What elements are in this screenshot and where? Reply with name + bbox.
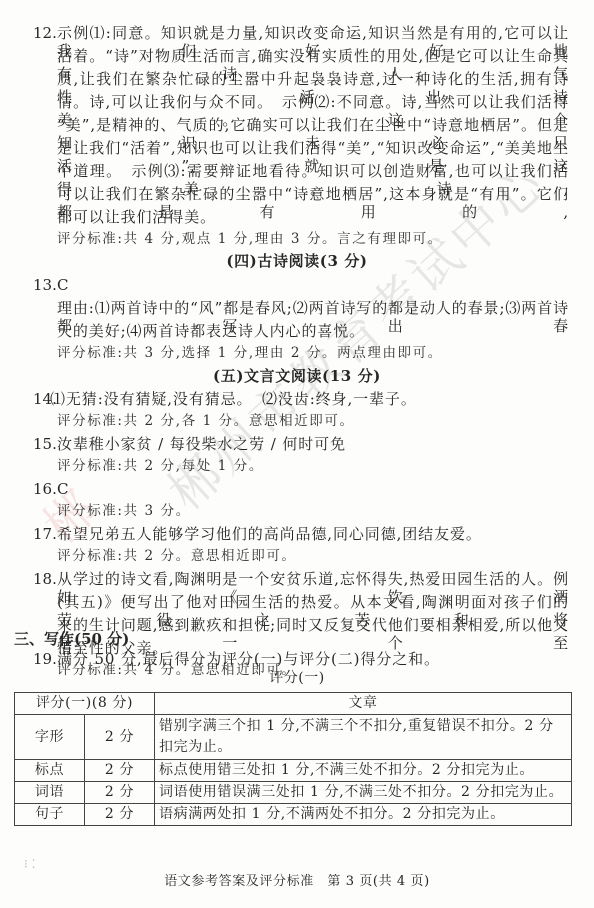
question-number-19: 19. xyxy=(33,650,57,668)
scan-smudge-mark: ⁝ ⁚ xyxy=(24,857,35,871)
table-cell-item: 字形 xyxy=(15,715,85,760)
q14-part1: ⑴无猜:没有猜疑,没有猜忌。 xyxy=(50,390,252,408)
table-header-right: 文章 xyxy=(155,693,572,715)
table-cell-rule: 语病满两处扣 1 分,不满两处不扣分。2 分扣完为止。 xyxy=(155,804,572,826)
question-number-15: 15. xyxy=(33,435,57,453)
q19-text: 满分 50 分,最后得分为评分(一)与评分(二)得分之和。 xyxy=(57,650,569,668)
document-page: 郴 郴州市教育考试中心 12. 示例⑴:同意。知识就是力量,知识改变命运,知识当… xyxy=(0,0,594,908)
table-cell-score: 2 分 xyxy=(85,804,155,826)
part-heading-writing: 三、写作(50 分) xyxy=(14,630,129,648)
table-header-left: 评分(一)(8 分) xyxy=(15,693,155,715)
q12-line: 都可以让我们活得美。 xyxy=(57,208,569,226)
q13-criteria: 评分标准:共 3 分,选择 1 分,理由 2 分。两点理由即可。 xyxy=(57,344,569,362)
table-row: 标点 2 分 标点使用错三处扣 1 分,不满三处不扣分。2 分扣完为止。 xyxy=(15,760,572,782)
table-cell-rule: 词语使用错误满三处扣 1 分,不满三处不扣分。2 分扣完为止。 xyxy=(155,782,572,804)
table-row: 句子 2 分 语病满两处扣 1 分,不满两处不扣分。2 分扣完为止。 xyxy=(15,804,572,826)
table-row: 字形 2 分 错别字满三个扣 1 分,不满三个不扣分,重复错误不扣分。2 分扣完… xyxy=(15,715,572,760)
q17-criteria: 评分标准:共 2 分。意思相近即可。 xyxy=(57,547,569,565)
question-number-13: 13. xyxy=(33,276,57,294)
page-footer: 语文参考答案及评分标准 第 3 页(共 4 页) xyxy=(0,874,594,890)
q17-answer: 希望兄弟五人能够学习他们的高尚品德,同心同德,团结友爱。 xyxy=(57,525,569,543)
table-header-row: 评分(一)(8 分) 文章 xyxy=(15,693,572,715)
table-cell-item: 词语 xyxy=(15,782,85,804)
question-number-17: 17. xyxy=(33,525,57,543)
q12-criteria: 评分标准:共 4 分,观点 1 分,理由 3 分。言之有理即可。 xyxy=(57,230,569,248)
question-number-18: 18. xyxy=(33,570,57,588)
table-caption: 评分(一) xyxy=(0,669,594,687)
table-cell-item: 标点 xyxy=(15,760,85,782)
table-cell-rule: 标点使用错三处扣 1 分,不满三处不扣分。2 分扣完为止。 xyxy=(155,760,572,782)
q14-part2: ⑵没齿:终身,一辈子。 xyxy=(262,390,417,408)
question-number-16: 16. xyxy=(33,480,57,498)
section-heading-5: (五)文言文阅读(13 分) xyxy=(0,367,594,385)
scoring-table: 评分(一)(8 分) 文章 字形 2 分 错别字满三个扣 1 分,不满三个不扣分… xyxy=(14,692,572,826)
table-cell-score: 2 分 xyxy=(85,715,155,760)
q14-criteria: 评分标准:共 2 分,各 1 分。意思相近即可。 xyxy=(57,412,569,430)
q13-answer: C xyxy=(57,276,569,294)
q15-criteria: 评分标准:共 2 分,每处 1 分。 xyxy=(57,457,569,475)
question-number-12: 12. xyxy=(33,24,57,42)
table-row: 词语 2 分 词语使用错误满三处扣 1 分,不满三处不扣分。2 分扣完为止。 xyxy=(15,782,572,804)
table-cell-score: 2 分 xyxy=(85,782,155,804)
q16-criteria: 评分标准:共 3 分。 xyxy=(57,502,569,520)
table-cell-rule: 错别字满三个扣 1 分,不满三个不扣分,重复错误不扣分。2 分扣完为止。 xyxy=(155,715,572,760)
q13-line: 天的美好;⑷两首诗都表达诗人内心的喜悦。 xyxy=(57,322,569,340)
section-heading-4: (四)古诗阅读(3 分) xyxy=(0,252,594,270)
q16-answer: C xyxy=(57,480,569,498)
q15-answer: 汝辈稚小家贫 / 每役柴水之劳 / 何时可免 xyxy=(57,435,569,453)
table-cell-item: 句子 xyxy=(15,804,85,826)
table-cell-score: 2 分 xyxy=(85,760,155,782)
